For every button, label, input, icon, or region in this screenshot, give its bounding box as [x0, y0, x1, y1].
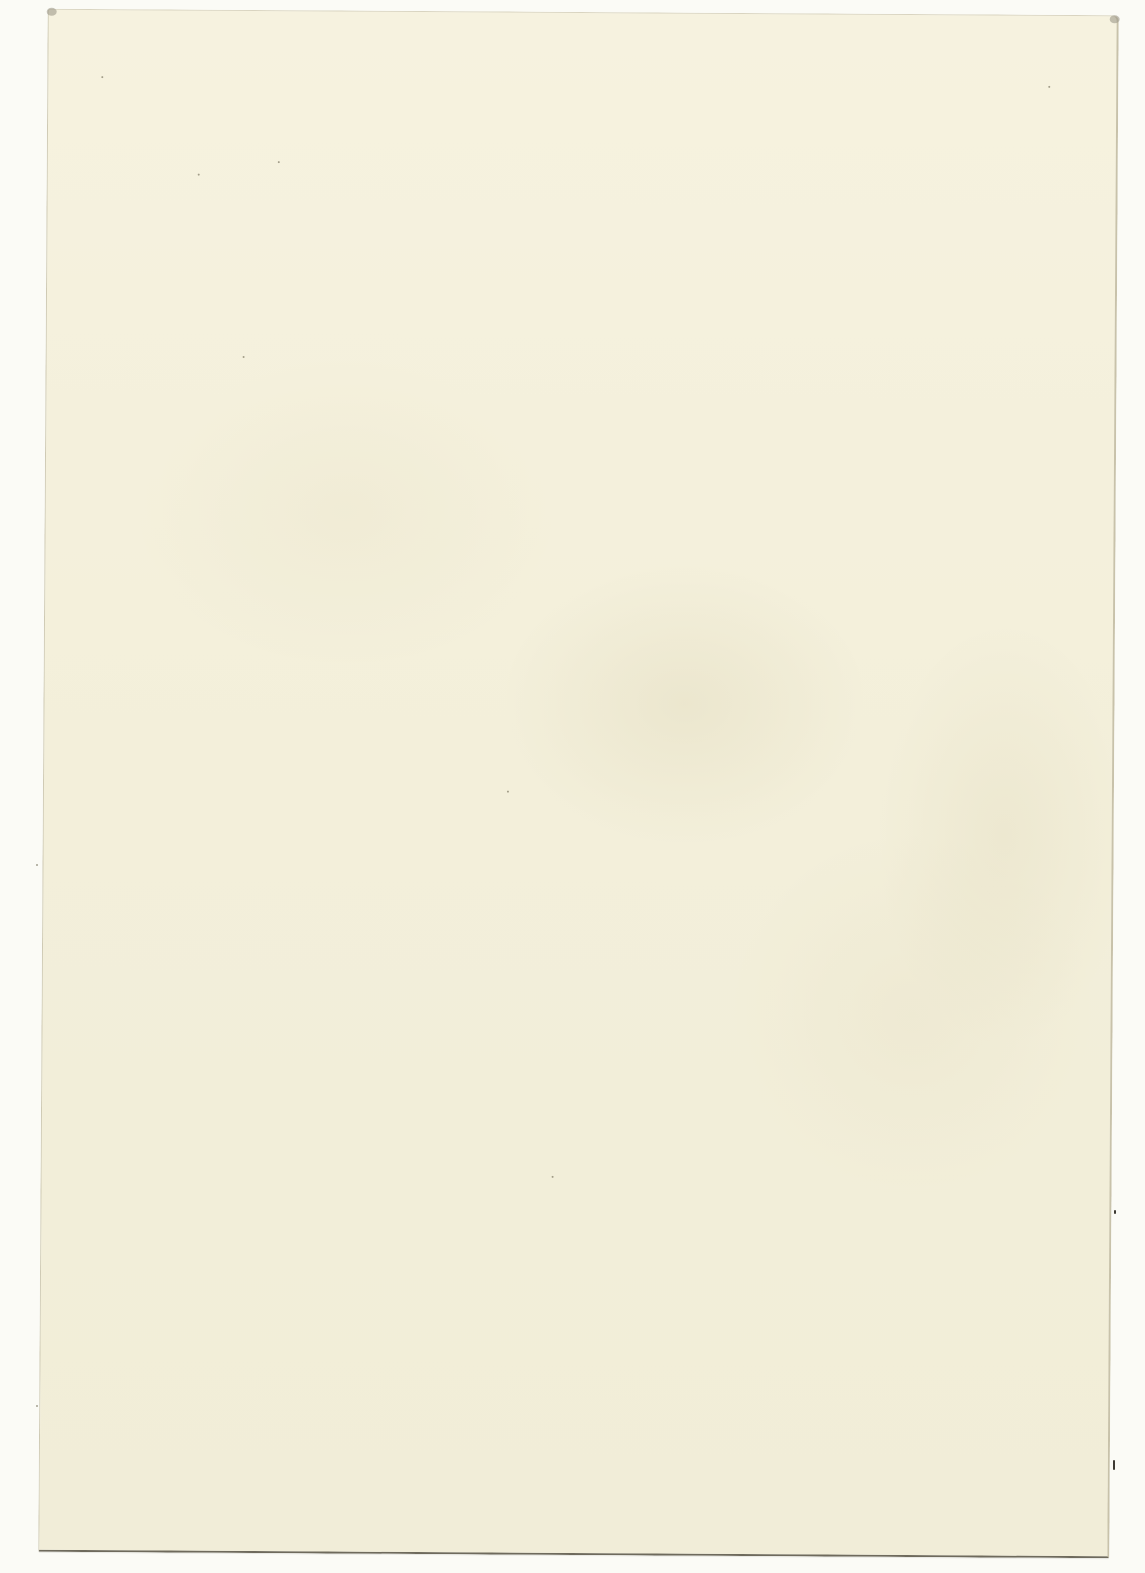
speck	[1048, 86, 1050, 88]
speck	[101, 76, 103, 78]
scan-artifact	[36, 864, 38, 866]
speck	[243, 356, 245, 358]
speck	[507, 791, 509, 793]
scan-artifact	[36, 1405, 38, 1407]
scanner-background	[0, 0, 1145, 1573]
speck	[552, 1176, 554, 1178]
blank-card	[38, 9, 1118, 1559]
corner-wear-top-right	[1110, 15, 1120, 23]
corner-wear-top-left	[47, 8, 57, 16]
speck	[198, 174, 200, 176]
scan-artifact	[1113, 1460, 1115, 1470]
speck	[278, 161, 280, 163]
scan-artifact	[1114, 1210, 1116, 1214]
